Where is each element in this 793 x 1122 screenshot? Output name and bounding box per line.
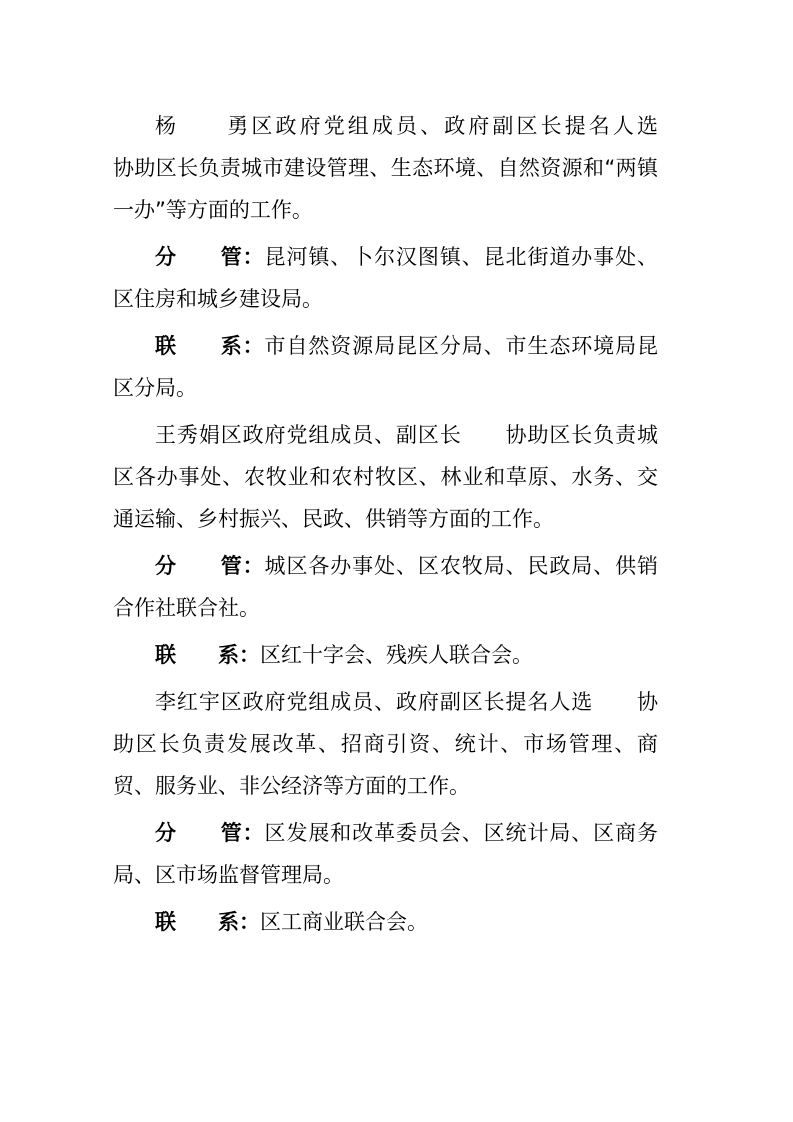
fenguan-paragraph: 分 管：城区各办事处、区农牧局、民政局、供销合作社联合社。	[113, 545, 658, 629]
lianxi-paragraph: 联 系：市自然资源局昆区分局、市生态环境局昆区分局。	[113, 325, 658, 409]
official-name: 王秀娟	[155, 423, 221, 447]
lianxi-paragraph: 联 系：区工商业联合会。	[113, 901, 658, 943]
fenguan-label: 分 管：	[155, 554, 265, 578]
official-intro-paragraph: 李红宇区政府党组成员、政府副区长提名人选 协助区长负责发展改革、招商引资、统计、…	[113, 681, 658, 807]
fenguan-label: 分 管：	[155, 821, 265, 845]
document-page: 杨 勇区政府党组成员、政府副区长提名人选 协助区长负责城市建设管理、生态环境、自…	[0, 0, 793, 1122]
official-title: 区政府党组成员、政府副区长提名人选	[251, 114, 658, 138]
fenguan-paragraph: 分 管：昆河镇、卜尔汉图镇、昆北街道办事处、区住房和城乡建设局。	[113, 236, 658, 320]
title-duties-gap	[658, 114, 700, 138]
official-intro-paragraph: 王秀娟区政府党组成员、副区长 协助区长负责城区各办事处、农牧业和农村牧区、林业和…	[113, 414, 658, 540]
official-title: 区政府党组成员、政府副区长提名人选	[221, 690, 593, 714]
lianxi-paragraph: 联 系：区红十字会、残疾人联合会。	[113, 634, 658, 676]
fenguan-paragraph: 分 管：区发展和改革委员会、区统计局、区商务局、区市场监督管理局。	[113, 812, 658, 896]
official-title: 区政府党组成员、副区长	[221, 423, 462, 447]
lianxi-list: 区工商业联合会。	[260, 910, 428, 934]
lianxi-list: 区红十字会、残疾人联合会。	[260, 643, 533, 667]
official-section-1: 杨 勇区政府党组成员、政府副区长提名人选 协助区长负责城市建设管理、生态环境、自…	[113, 105, 658, 409]
title-duties-gap	[593, 690, 637, 714]
official-section-3: 李红宇区政府党组成员、政府副区长提名人选 协助区长负责发展改革、招商引资、统计、…	[113, 681, 658, 943]
lianxi-label: 联 系：	[155, 643, 260, 667]
lianxi-label: 联 系：	[155, 910, 260, 934]
official-name: 李红宇	[155, 690, 221, 714]
lianxi-label: 联 系：	[155, 334, 265, 358]
official-section-2: 王秀娟区政府党组成员、副区长 协助区长负责城区各办事处、农牧业和农村牧区、林业和…	[113, 414, 658, 676]
title-duties-gap	[462, 423, 506, 447]
official-duties: 协助区长负责城市建设管理、生态环境、自然资源和“两镇一办”等方面的工作。	[113, 156, 658, 222]
official-intro-paragraph: 杨 勇区政府党组成员、政府副区长提名人选 协助区长负责城市建设管理、生态环境、自…	[113, 105, 658, 231]
official-name: 杨 勇	[155, 114, 251, 138]
fenguan-label: 分 管：	[155, 245, 265, 269]
